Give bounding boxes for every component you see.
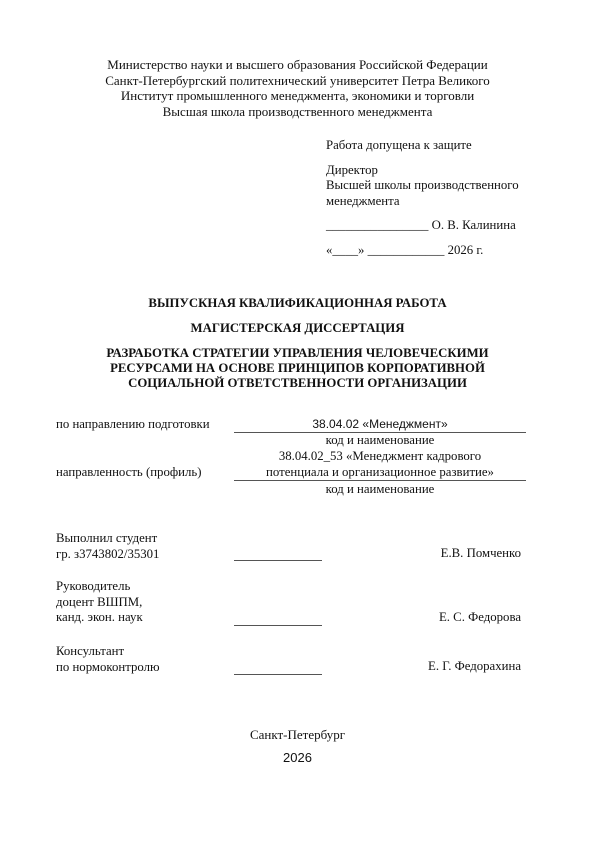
work-type: ВЫПУСКНАЯ КВАЛИФИКАЦИОННАЯ РАБОТА [0, 296, 595, 311]
direction-label: по направлению подготовки [56, 417, 210, 432]
student-name: Е.В. Помченко [441, 546, 521, 561]
topic-line: РЕСУРСАМИ НА ОСНОВЕ ПРИНЦИПОВ КОРПОРАТИВ… [0, 361, 595, 376]
institute-line: Институт промышленного менеджмента, экон… [0, 88, 595, 104]
profile-value-line1: 38.04.02_53 «Менеджмент кадрового [234, 449, 526, 464]
topic-line: РАЗРАБОТКА СТРАТЕГИИ УПРАВЛЕНИЯ ЧЕЛОВЕЧЕ… [0, 346, 595, 361]
supervisor-position: доцент ВШПМ, [56, 595, 143, 611]
director-position: Директор [326, 163, 566, 179]
director-signature: ________________ О. В. Калинина [326, 218, 566, 234]
student-role: Выполнил студент [56, 531, 159, 547]
approval-block: Работа допущена к защите Директор Высшей… [326, 138, 566, 259]
consultant-role: Консультант [56, 644, 160, 660]
topic-line: СОЦИАЛЬНОЙ ОТВЕТСТВЕННОСТИ ОРГАНИЗАЦИИ [0, 376, 595, 391]
admitted-text: Работа допущена к защите [326, 138, 566, 154]
student-signature-line [234, 560, 322, 561]
approval-date: «____» ____________ 2026 г. [326, 243, 566, 259]
consultant-signature-line [234, 674, 322, 675]
student-group: гр. з3743802/35301 [56, 547, 159, 563]
year: 2026 [0, 750, 595, 765]
thesis-topic: РАЗРАБОТКА СТРАТЕГИИ УПРАВЛЕНИЯ ЧЕЛОВЕЧЕ… [0, 346, 595, 391]
supervisor-name: Е. С. Федорова [439, 610, 521, 625]
supervisor-degree: канд. экон. наук [56, 610, 143, 626]
profile-caption: код и наименование [234, 482, 526, 497]
consultant-area: по нормоконтролю [56, 660, 160, 676]
supervisor-signature-line [234, 625, 322, 626]
direction-caption: код и наименование [234, 433, 526, 448]
consultant-label: Консультант по нормоконтролю [56, 644, 160, 675]
supervisor-label: Руководитель доцент ВШПМ, канд. экон. на… [56, 579, 143, 626]
consultant-name: Е. Г. Федорахина [428, 659, 521, 674]
direction-value: 38.04.02 «Менеджмент» [234, 417, 526, 433]
student-label: Выполнил студент гр. з3743802/35301 [56, 531, 159, 562]
profile-label: направленность (профиль) [56, 465, 201, 480]
director-position-dept: менеджмента [326, 194, 566, 210]
ministry-line: Министерство науки и высшего образования… [0, 57, 595, 73]
profile-value-line2: потенциала и организационное развитие» [234, 465, 526, 481]
director-position-school: Высшей школы производственного [326, 178, 566, 194]
institution-header: Министерство науки и высшего образования… [0, 57, 595, 119]
degree-type: МАГИСТЕРСКАЯ ДИССЕРТАЦИЯ [0, 321, 595, 336]
school-line: Высшая школа производственного менеджмен… [0, 104, 595, 120]
university-line: Санкт-Петербургский политехнический унив… [0, 73, 595, 89]
supervisor-role: Руководитель [56, 579, 143, 595]
city: Санкт-Петербург [0, 727, 595, 743]
